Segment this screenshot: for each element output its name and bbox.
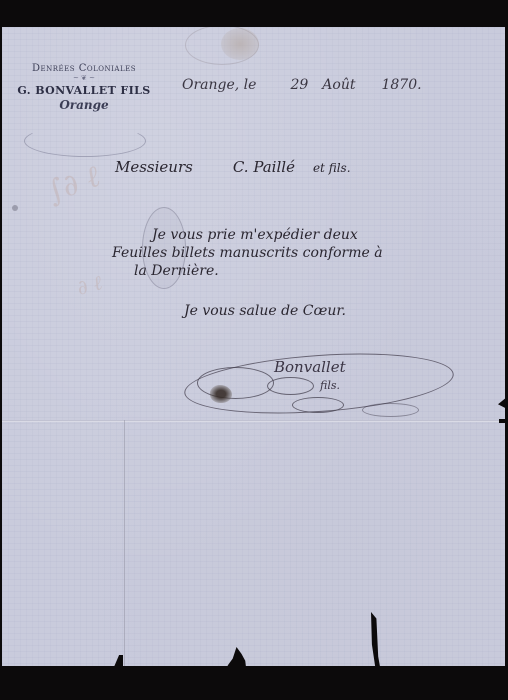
paper-tear	[110, 655, 123, 666]
date-month: Août	[322, 77, 355, 93]
ink-blot	[210, 385, 232, 403]
signature-name: Bonvallet	[274, 358, 346, 376]
date-year: 1870.	[381, 77, 421, 93]
letter-paper: ∫∂ ℓ ∂ ℓ Denrées Coloniales ~ ❦ ~ G. BON…	[2, 27, 505, 666]
closing-line: Je vous salue de Cœur.	[184, 303, 346, 319]
letterhead: Denrées Coloniales ~ ❦ ~ G. BONVALLET FI…	[14, 63, 154, 112]
postmark-stain	[221, 28, 259, 60]
paper-tear	[224, 647, 249, 666]
salutation-name: C. Paillé	[233, 158, 295, 176]
faint-red-mark: ∂ ℓ	[74, 270, 105, 301]
vertical-crease	[124, 420, 125, 666]
salutation-suffix: et fils.	[313, 161, 351, 175]
paper-tear	[371, 612, 389, 666]
letterhead-flourish	[24, 125, 146, 157]
faint-red-mark: ∫∂ ℓ	[43, 159, 105, 210]
date-day: 29	[290, 77, 308, 93]
paper-tear	[499, 419, 505, 423]
signature-flourish	[292, 397, 344, 413]
body-line: la Dernière.	[134, 263, 219, 279]
date-place: Orange, le	[182, 77, 256, 93]
letterhead-company: G. BONVALLET FILS	[14, 84, 154, 97]
signature-flourish	[362, 403, 419, 417]
signature-flourish	[197, 367, 274, 399]
paper-tear	[498, 397, 505, 409]
body-line: Je vous prie m'expédier deux	[152, 227, 358, 243]
dateline: Orange, le29Août1870.	[182, 77, 422, 93]
signature-flourish	[267, 377, 314, 395]
body-line: Feuilles billets manuscrits conforme à	[112, 245, 383, 261]
salutation: MessieursC. Pailléet fils.	[115, 158, 351, 176]
letterhead-city: Orange	[14, 98, 154, 112]
salutation-title: Messieurs	[115, 158, 193, 176]
signature-suffix: fils.	[320, 379, 340, 392]
horizontal-fold-line	[2, 420, 505, 422]
letterhead-trade: Denrées Coloniales	[14, 63, 154, 74]
letterhead-ornament: ~ ❦ ~	[14, 74, 154, 82]
paper-spot	[12, 205, 18, 211]
